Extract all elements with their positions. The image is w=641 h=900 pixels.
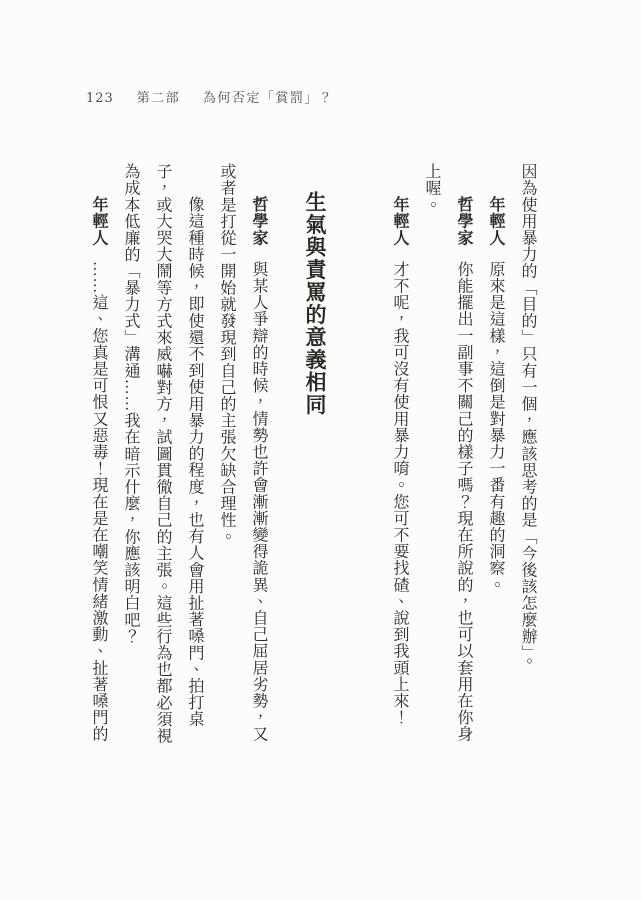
body-line: 為成本低廉的「暴力式」溝通……我在暗示什麼，你應該明白吧？ bbox=[114, 163, 146, 813]
line-text: 與某人爭辯的時候，情勢也許會漸漸變得詭異、自己屈居劣勢，又 bbox=[250, 261, 267, 742]
dialogue-line: 年輕人……這、您真是可恨又惡毒！現在是在嘲笑情緒激動、扯著嗓門的 bbox=[82, 163, 114, 813]
line-text: 上喔。 bbox=[423, 163, 440, 213]
line-text: ……這、您真是可恨又惡毒！現在是在嘲笑情緒激動、扯著嗓門的 bbox=[90, 261, 107, 742]
running-head: 123 第二部 為何否定「賞罰」？ bbox=[86, 87, 333, 106]
line-text: 原來是這樣，這倒是對暴力一番有趣的洞察。 bbox=[487, 261, 504, 593]
section-heading: 生氣與責罵的意義相同 bbox=[287, 163, 343, 813]
body-line: 像這種時候，即使還不到使用暴力的程度，也有人會用扯著嗓門、拍打桌 bbox=[178, 163, 210, 813]
line-text: 你能擺出一副事不關己的樣子嗎？現在所說的，也可以套用在你身 bbox=[455, 261, 472, 742]
text-block: 因為使用暴力的「目的」只有一個，應該思考的是「今後該怎麼辦」。年輕人原來是這樣，… bbox=[82, 163, 543, 813]
speaker-name: 哲學家 bbox=[250, 196, 267, 246]
page-number: 123 bbox=[86, 91, 114, 106]
dialogue-line: 哲學家你能擺出一副事不關己的樣子嗎？現在所說的，也可以套用在你身 bbox=[447, 163, 479, 813]
book-page: 123 第二部 為何否定「賞罰」？ 因為使用暴力的「目的」只有一個，應該思考的是… bbox=[0, 0, 641, 900]
line-text: 才不呢，我可沒有使用暴力唷。您可不要找碴、說到我頭上來！ bbox=[391, 261, 408, 726]
speaker-name: 年輕人 bbox=[90, 196, 107, 246]
body-line: 或者是打從一開始就發現到自己的主張欠缺合理性。 bbox=[210, 163, 242, 813]
speaker-name: 哲學家 bbox=[455, 196, 472, 246]
dialogue-line: 年輕人才不呢，我可沒有使用暴力唷。您可不要找碴、說到我頭上來！ bbox=[383, 163, 415, 813]
body-line: 因為使用暴力的「目的」只有一個，應該思考的是「今後該怎麼辦」。 bbox=[511, 163, 543, 813]
speaker-name: 年輕人 bbox=[487, 196, 504, 246]
dialogue-line: 年輕人原來是這樣，這倒是對暴力一番有趣的洞察。 bbox=[479, 163, 511, 813]
line-text: 子，或大哭大鬧等方式來威嚇對方，試圖貫徹自己的主張。這些行為也都必須視 bbox=[154, 163, 171, 744]
line-text: 因為使用暴力的「目的」只有一個，應該思考的是「今後該怎麼辦」。 bbox=[519, 163, 536, 670]
speaker-name: 年輕人 bbox=[391, 196, 408, 246]
chapter-title: 為何否定「賞罰」？ bbox=[203, 90, 334, 105]
body-line: 子，或大哭大鬧等方式來威嚇對方，試圖貫徹自己的主張。這些行為也都必須視 bbox=[146, 163, 178, 813]
line-text: 像這種時候，即使還不到使用暴力的程度，也有人會用扯著嗓門、拍打桌 bbox=[186, 196, 203, 727]
line-text: 或者是打從一開始就發現到自己的主張欠缺合理性。 bbox=[218, 163, 235, 545]
dialogue-line: 哲學家與某人爭辯的時候，情勢也許會漸漸變得詭異、自己屈居劣勢，又 bbox=[242, 163, 274, 813]
part-label: 第二部 bbox=[137, 90, 181, 105]
body-line: 上喔。 bbox=[415, 163, 447, 813]
line-text: 為成本低廉的「暴力式」溝通……我在暗示什麼，你應該明白吧？ bbox=[122, 163, 139, 644]
